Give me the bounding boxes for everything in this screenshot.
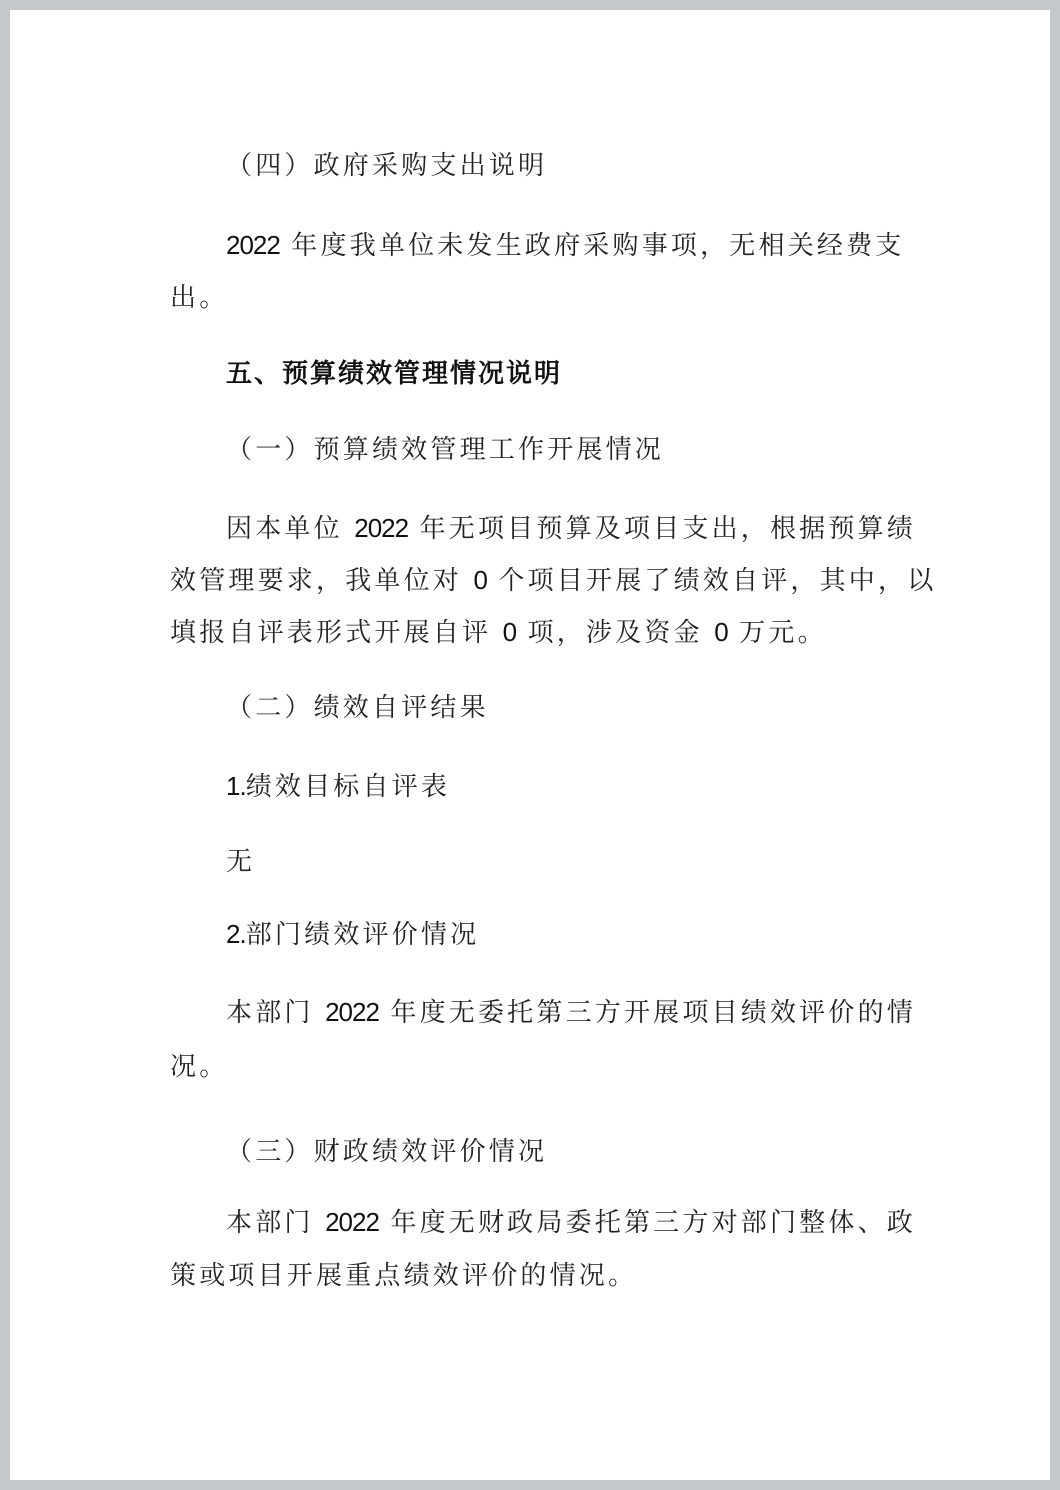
body-text: 本部门 — [226, 998, 325, 1028]
funds-amount-value: 0 — [714, 617, 727, 647]
perf-mgmt-heading: （一）预算绩效管理工作开展情况 — [226, 433, 664, 467]
year-value: 2022 — [226, 230, 280, 260]
self-eval-item-2: 2.部门绩效评价情况 — [226, 917, 479, 952]
body-text: 本部门 — [226, 1208, 325, 1238]
self-eval-item-1-body: 无 — [226, 845, 255, 879]
perf-mgmt-body-line-2: 效管理要求，我单位对 0 个项目开展了绩效自评，其中，以 — [170, 563, 936, 598]
fiscal-eval-heading: （三）财政绩效评价情况 — [226, 1135, 547, 1169]
body-text: 年度无财政局委托第三方对部门整体、政 — [379, 1208, 916, 1238]
document-page: （四）政府采购支出说明 2022 年度我单位未发生政府采购事项，无相关经费支 出… — [10, 10, 1050, 1480]
perf-mgmt-body-line-1: 因本单位 2022 年无项目预算及项目支出，根据预算绩 — [226, 511, 916, 546]
gov-procurement-heading: （四）政府采购支出说明 — [226, 149, 547, 183]
body-text: 项，涉及资金 — [516, 618, 714, 648]
body-text: 年度无委托第三方开展项目绩效评价的情 — [379, 998, 916, 1028]
fiscal-eval-body-line-1: 本部门 2022 年度无财政局委托第三方对部门整体、政 — [226, 1205, 916, 1240]
body-text: 况。 — [170, 1052, 228, 1082]
perf-mgmt-body-line-3: 填报自评表形式开展自评 0 项，涉及资金 0 万元。 — [170, 615, 827, 650]
year-value: 2022 — [325, 997, 379, 1027]
item-title: 绩效目标自评表 — [246, 772, 450, 802]
body-text: 策或项目开展重点绩效评价的情况。 — [170, 1261, 637, 1291]
body-text: 年无项目预算及项目支出，根据预算绩 — [408, 514, 916, 544]
year-value: 2022 — [325, 1207, 379, 1237]
body-text: 无 — [226, 847, 255, 877]
body-text: 因本单位 — [226, 514, 354, 544]
heading-text: （一）预算绩效管理工作开展情况 — [226, 435, 664, 465]
self-eval-item-2-body-line-1: 本部门 2022 年度无委托第三方开展项目绩效评价的情 — [226, 995, 916, 1030]
section-five-heading: 五、预算绩效管理情况说明 — [226, 357, 562, 391]
self-eval-heading: （二）绩效自评结果 — [226, 691, 489, 725]
year-value: 2022 — [354, 513, 408, 543]
heading-text: （三）财政绩效评价情况 — [226, 1137, 547, 1167]
item-number: 1. — [226, 771, 246, 801]
heading-text: 五、预算绩效管理情况说明 — [226, 359, 562, 389]
heading-text: （二）绩效自评结果 — [226, 693, 489, 723]
self-eval-item-2-body-line-2: 况。 — [170, 1050, 228, 1084]
self-eval-count-value: 0 — [503, 617, 516, 647]
body-text: 填报自评表形式开展自评 — [170, 618, 503, 648]
self-eval-item-1: 1.绩效目标自评表 — [226, 769, 450, 804]
body-text: 个项目开展了绩效自评，其中，以 — [487, 566, 936, 596]
gov-procurement-body-line-1: 2022 年度我单位未发生政府采购事项，无相关经费支 — [226, 228, 905, 263]
fiscal-eval-body-line-2: 策或项目开展重点绩效评价的情况。 — [170, 1259, 637, 1293]
gov-procurement-body-line-2: 出。 — [170, 281, 228, 315]
body-text: 出。 — [170, 283, 228, 313]
body-text: 年度我单位未发生政府采购事项，无相关经费支 — [280, 231, 905, 261]
item-number: 2. — [226, 919, 246, 949]
project-count-value: 0 — [473, 565, 486, 595]
item-title: 部门绩效评价情况 — [246, 920, 480, 950]
heading-text: （四）政府采购支出说明 — [226, 151, 547, 181]
body-text: 效管理要求，我单位对 — [170, 566, 473, 596]
body-text: 万元。 — [728, 618, 827, 648]
